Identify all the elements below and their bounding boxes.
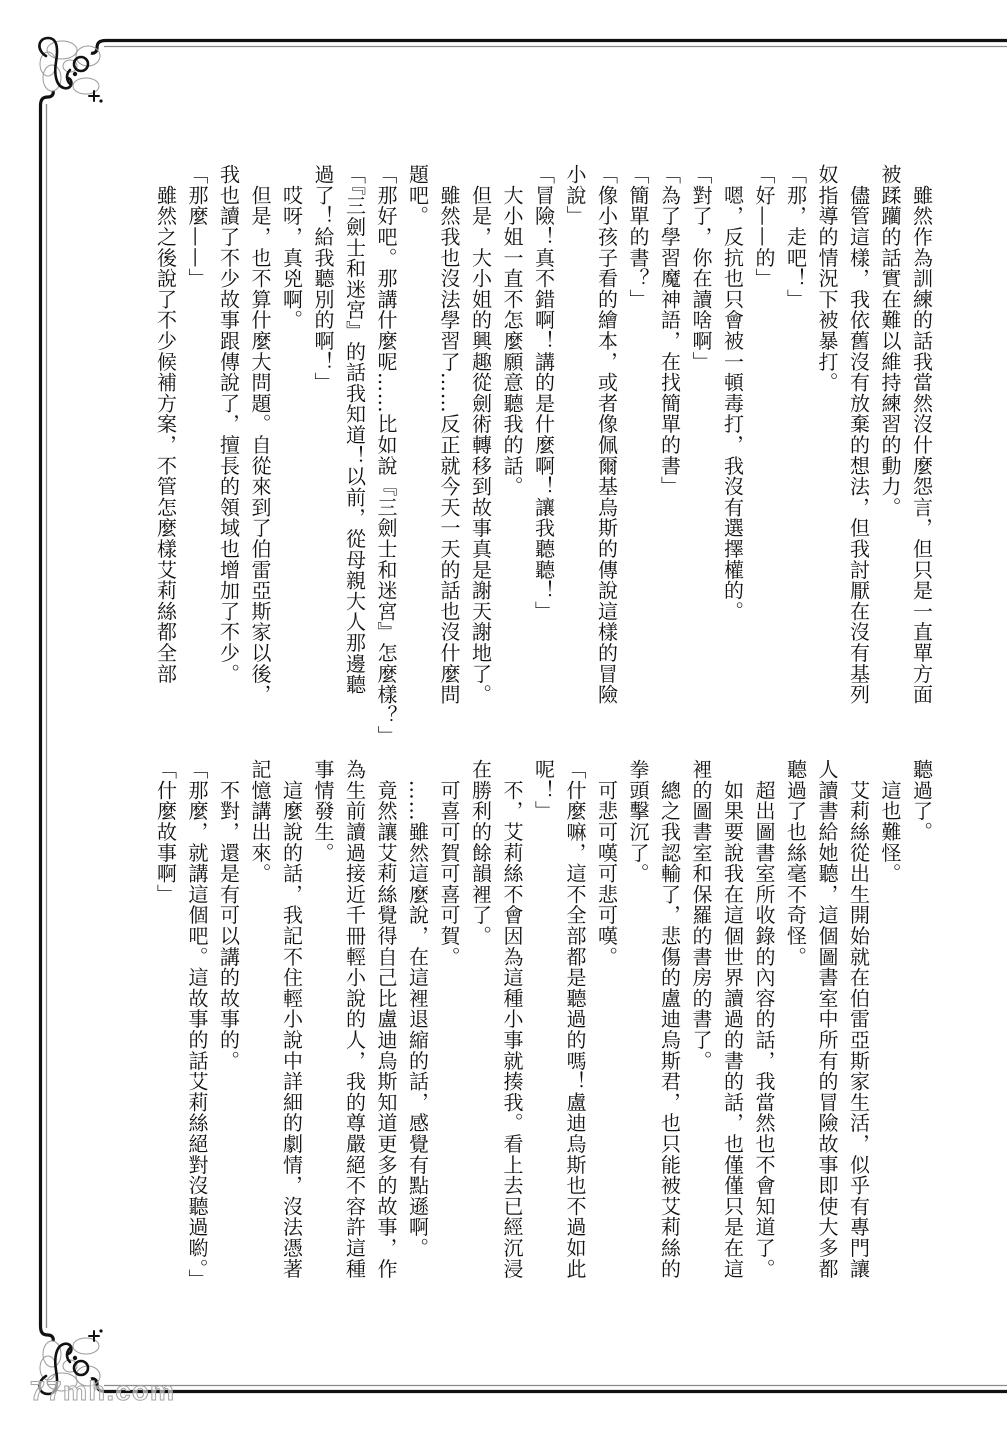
text-column: 竟然讓艾莉絲覺得自己比盧迪烏斯知道更多的故事，作 [370, 759, 402, 1319]
text-column: 「什麼故事啊」 [149, 759, 181, 1319]
text-column: 雖然我也沒法學習了……反正就今天一天的話也沒什麼問 [433, 164, 465, 754]
text-column: 不，艾莉絲不會因為這種小事就揍我。看上去已經沉浸 [496, 759, 528, 1319]
corner-ornament-icon [39, 38, 102, 103]
text-column: 這也難怪。 [874, 759, 906, 1319]
text-column: 被蹂躪的話實在難以維持練習的動力。 [874, 164, 906, 754]
text-column: 大小姐一直不怎麼願意聽我的話。 [496, 164, 528, 754]
text-column: 「那麼，就講這個吧。這故事的話艾莉絲絕對沒聽過喲。」 [181, 759, 213, 1319]
text-column: 「那，走吧！」 [779, 164, 811, 754]
text-column: 「好——的」 [748, 164, 780, 754]
text-column: 艾莉絲從出生開始就在伯雷亞斯家生活，似乎有專門讓 [842, 759, 874, 1319]
text-column: 在勝利的餘韻裡了。 [464, 759, 496, 1319]
text-column: 「為了學習魔神語，在找簡單的書」 [653, 164, 685, 754]
text-column: 總之我認輸了，悲傷的盧迪烏斯君，也只能被艾莉絲的 [653, 759, 685, 1319]
text-column: 儘管這樣，我依舊沒有放棄的想法，但我討厭在沒有基列 [842, 164, 874, 754]
text-column: 我也讀了不少故事跟傳說了，擅長的領域也增加了不少。 [212, 164, 244, 754]
text-column: 為生前讀過接近千冊輕小說的人，我的尊嚴絕不容許這種 [338, 759, 370, 1319]
text-column: 題吧。 [401, 164, 433, 754]
text-column: 「什麼嘛，這不全部都是聽過的嗎！盧迪烏斯也不過如此 [559, 759, 591, 1319]
text-column: 「像小孩子看的繪本，或者像佩爾基烏斯的傳說這樣的冒險 [590, 164, 622, 754]
text-column: 可喜可賀可喜可賀。 [433, 759, 465, 1319]
text-column: 聽過了也絲毫不奇怪。 [779, 759, 811, 1319]
text-column: 「那好吧。那講什麼呢……比如說『三劍士和迷宮』怎麼樣？」 [370, 164, 402, 754]
text-column: 可悲可嘆可悲可嘆。 [590, 759, 622, 1319]
text-column: 「簡單的書？」 [622, 164, 654, 754]
text-column: 哎呀，真兇啊。 [275, 164, 307, 754]
text-column: 記憶講出來。 [244, 759, 276, 1319]
text-column: 這麼說的話，我記不住輕小說中詳細的劇情，沒法憑著 [275, 759, 307, 1319]
text-column: 拳頭擊沉了。 [622, 759, 654, 1319]
text-column: 奴指導的情況下被暴打。 [811, 164, 843, 754]
text-column: 但是，大小姐的興趣從劍術轉移到故事真是謝天謝地了。 [464, 164, 496, 754]
text-column: 「那麼——」 [181, 164, 213, 754]
text-column: 「『三劍士和迷宮』的話我知道！以前，從母親大人那邊聽 [338, 164, 370, 754]
text-column: 聽過了。 [905, 759, 937, 1319]
text-column: 不對，還是有可以講的故事的。 [212, 759, 244, 1319]
watermark: 77mh.com [30, 1376, 176, 1406]
text-column: 「對了，你在讀啥啊」 [685, 164, 717, 754]
text-column: 嗯，反抗也只會被一頓毒打，我沒有選擇權的。 [716, 164, 748, 754]
text-column: 雖然之後說了不少候補方案，不管怎麼樣艾莉絲都全部 [149, 164, 181, 754]
text-column: 人讀書給她聽，這個圖書室中所有的冒險故事即使大多都 [811, 759, 843, 1319]
text-column: 如果要說我在這個世界讀過的書的話，也僅僅只是在這 [716, 759, 748, 1319]
text-column: 事情發生。 [307, 759, 339, 1319]
text-column: ……雖然這麼說，在這裡退縮的話，感覺有點遜啊。 [401, 759, 433, 1319]
text-column: 超出圖書室所收錄的內容的話，我當然也不會知道了。 [748, 759, 780, 1319]
text-column: 「冒險！真不錯啊！講的是什麼啊！讓我聽聽！」 [527, 164, 559, 754]
text-column: 雖然作為訓練的話我當然沒什麼怨言，但只是一直單方面 [905, 164, 937, 754]
text-column: 小說」 [559, 164, 591, 754]
text-column: 呢！」 [527, 759, 559, 1319]
text-column: 但是，也不算什麼大問題。自從來到了伯雷亞斯家以後， [244, 164, 276, 754]
text-column: 裡的圖書室和保羅的書房的書了。 [685, 759, 717, 1319]
bottom-tier-text: 聽過了。 這也難怪。 艾莉絲從出生開始就在伯雷亞斯家生活，似乎有專門讓 人讀書給… [149, 759, 937, 1319]
text-column: 過了！給我聽別的啊！」 [307, 164, 339, 754]
top-tier-text: 雖然作為訓練的話我當然沒什麼怨言，但只是一直單方面 被蹂躪的話實在難以維持練習的… [149, 164, 937, 754]
